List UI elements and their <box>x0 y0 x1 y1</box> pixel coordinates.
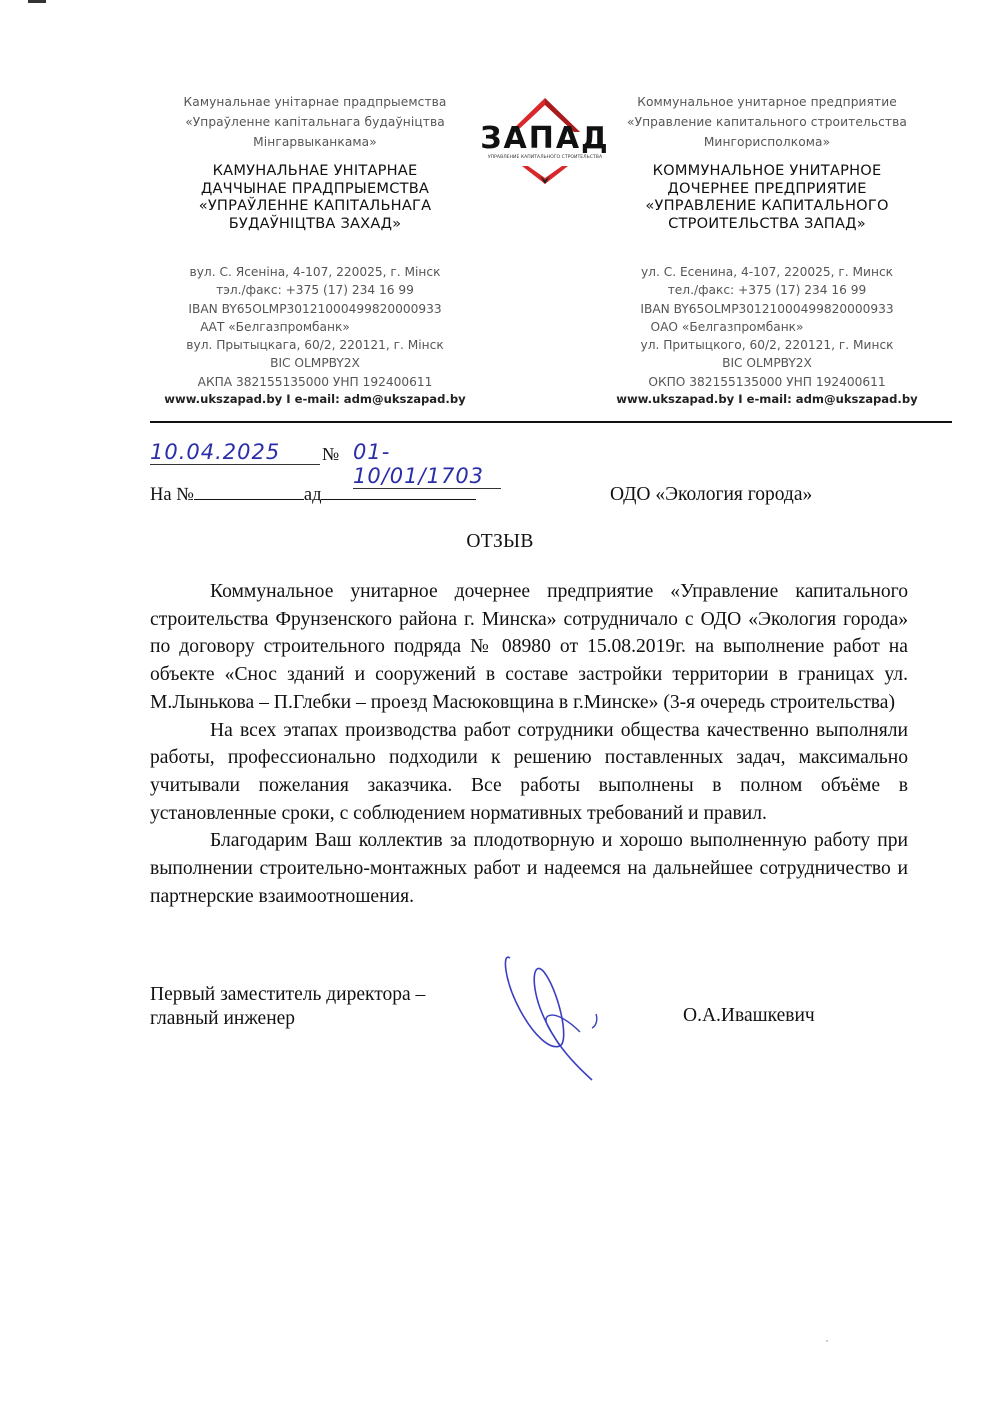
svg-text:ЗАПАД: ЗАПАД <box>480 121 610 156</box>
letterhead-left: Камунальнае унітарнае прадпрыемства «Упр… <box>150 92 480 232</box>
org-name-ru: КОММУНАЛЬНОЕ УНИТАРНОЕ ДОЧЕРНЕЕ ПРЕДПРИЯ… <box>602 162 932 232</box>
document-title: ОТЗЫВ <box>0 531 1000 553</box>
scan-artifact <box>826 1340 828 1342</box>
recipient: ОДО «Экология города» <box>610 484 812 506</box>
letter-body: Коммунальное унитарное дочернее предприя… <box>150 578 908 910</box>
org-name-be: КАМУНАЛЬНАЕ УНІТАРНАЕ ДАЧЧЫНАЕ ПРАДПРЫЕМ… <box>150 162 480 232</box>
reference-date-label: ад <box>304 485 322 505</box>
reference-date-blank <box>321 485 476 500</box>
letterhead-divider <box>150 421 952 423</box>
outgoing-date: 10.04.2025 <box>150 440 320 465</box>
website-email-ru[interactable]: www.ukszapad.by I e-mail: adm@ukszapad.b… <box>602 391 932 407</box>
handwritten-signature <box>500 950 670 1090</box>
address-block-ru: ул. С. Есенина, 4-107, 220025, г. Минск … <box>602 263 932 407</box>
svg-text:УПРАВЛЕНИЕ КАПИТАЛЬНОГО СТРОИТ: УПРАВЛЕНИЕ КАПИТАЛЬНОГО СТРОИТЕЛЬСТВА <box>488 154 603 160</box>
paragraph: Благодарим Ваш коллектив за плодотворную… <box>150 827 908 910</box>
outgoing-number: 01-10/01/1703 <box>353 440 501 489</box>
number-sign: № <box>322 444 339 465</box>
parent-org-ru: Коммунальное унитарное предприятие «Упра… <box>602 92 932 152</box>
paragraph: На всех этапах производства работ сотруд… <box>150 717 908 828</box>
signatory-position: Первый заместитель директора – главный и… <box>150 983 425 1030</box>
paragraph: Коммунальное унитарное дочернее предприя… <box>150 578 908 717</box>
website-email-be[interactable]: www.ukszapad.by I e-mail: adm@ukszapad.b… <box>150 391 480 407</box>
reference-number-label: На № <box>150 485 194 505</box>
reference-line: На №ад <box>150 485 476 506</box>
signatory-name: О.А.Ивашкевич <box>683 1005 815 1027</box>
reference-number-blank <box>194 485 304 500</box>
scan-edge-mark <box>28 0 46 3</box>
signature-icon <box>500 950 670 1090</box>
address-block-be: вул. С. Ясеніна, 4-107, 220025, г. Мінск… <box>150 263 480 407</box>
zapad-logo-icon: ЗАПАД УПРАВЛЕНИЕ КАПИТАЛЬНОГО СТРОИТЕЛЬС… <box>470 94 620 189</box>
letterhead-right: Коммунальное унитарное предприятие «Упра… <box>602 92 932 232</box>
parent-org-be: Камунальнае унітарнае прадпрыемства «Упр… <box>150 92 480 152</box>
company-logo: ЗАПАД УПРАВЛЕНИЕ КАПИТАЛЬНОГО СТРОИТЕЛЬС… <box>470 94 620 189</box>
